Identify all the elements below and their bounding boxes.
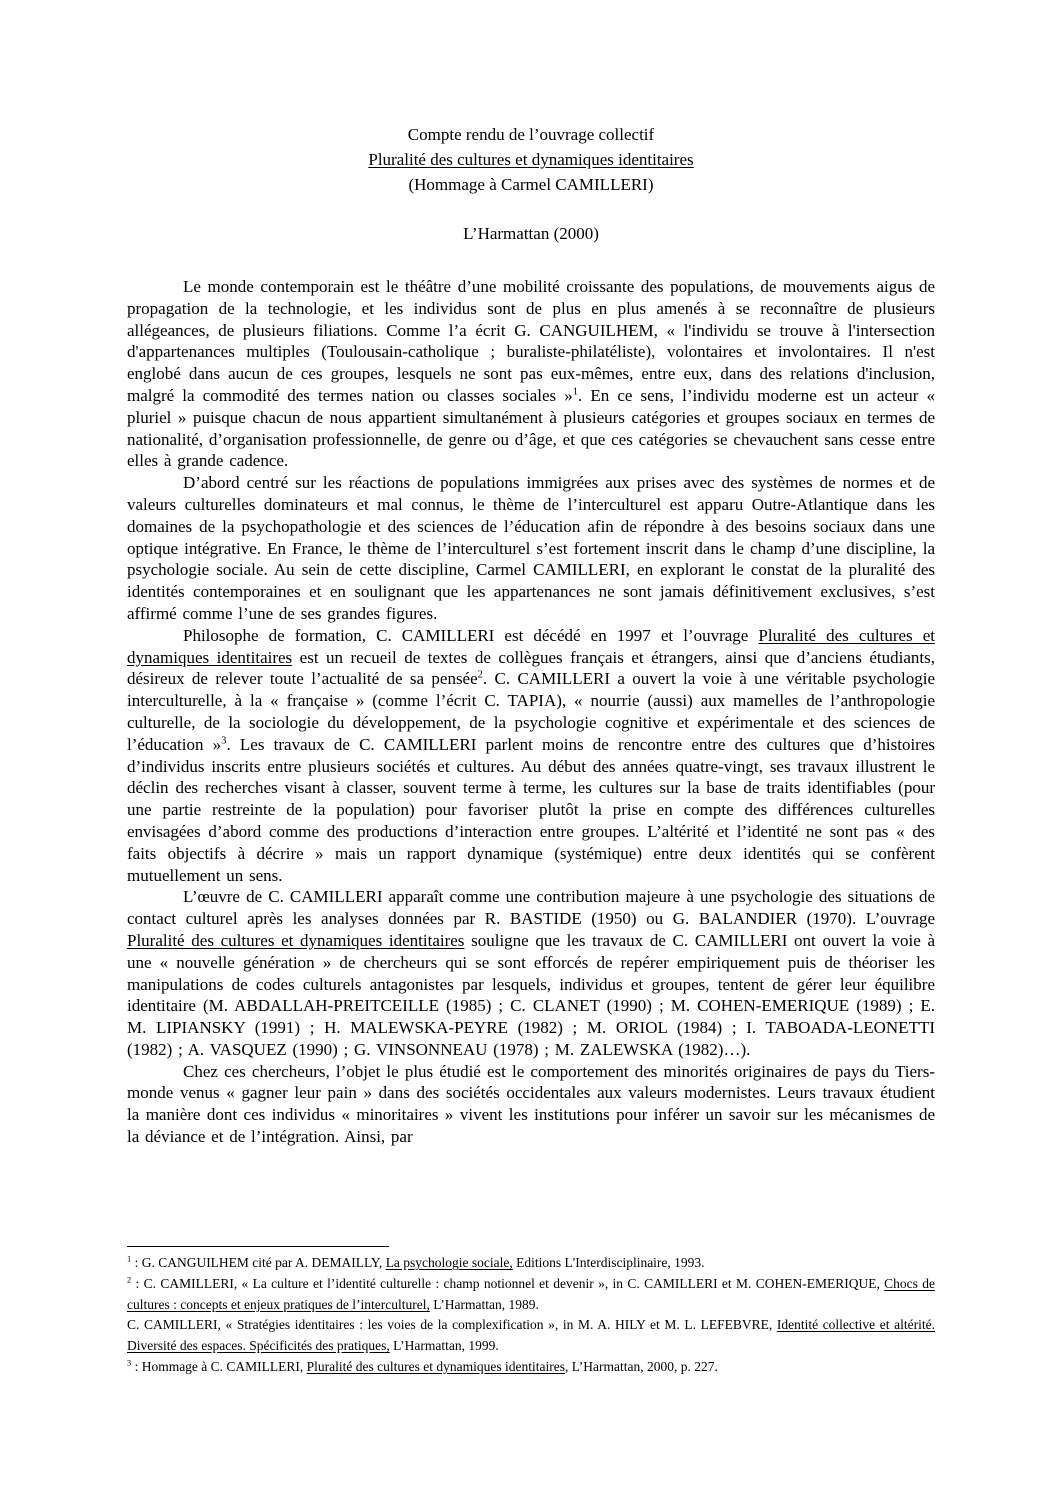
- homage-line: (Hommage à Carmel CAMILLERI): [127, 172, 935, 197]
- page-title-line-1: Compte rendu de l’ouvrage collectif: [127, 122, 935, 147]
- title-block: Compte rendu de l’ouvrage collectif Plur…: [127, 122, 935, 246]
- document-page: Compte rendu de l’ouvrage collectif Plur…: [0, 0, 1058, 1497]
- publisher-line: L’Harmattan (2000): [127, 221, 935, 246]
- book-title: Pluralité des cultures et dynamiques ide…: [127, 147, 935, 172]
- footnote-3: 3 : Hommage à C. CAMILLERI, Pluralité de…: [127, 1357, 935, 1378]
- footnote-2: 2 : C. CAMILLERI, « La culture et l’iden…: [127, 1274, 935, 1316]
- footnotes-section: 1 : G. CANGUILHEM cité par A. DEMAILLY, …: [127, 1246, 935, 1378]
- paragraph-5: Chez ces chercheurs, l’objet le plus étu…: [127, 1061, 935, 1148]
- document-body: Le monde contemporain est le théâtre d’u…: [127, 276, 935, 1148]
- paragraph-2: D’abord centré sur les réactions de popu…: [127, 472, 935, 625]
- paragraph-1: Le monde contemporain est le théâtre d’u…: [127, 276, 935, 472]
- paragraph-4: L’œuvre de C. CAMILLERI apparaît comme u…: [127, 886, 935, 1060]
- footnote-separator: [127, 1246, 389, 1247]
- footnote-1: 1 : G. CANGUILHEM cité par A. DEMAILLY, …: [127, 1253, 935, 1274]
- footnote-2-continued: C. CAMILLERI, « Stratégies identitaires …: [127, 1315, 935, 1357]
- paragraph-3: Philosophe de formation, C. CAMILLERI es…: [127, 625, 935, 887]
